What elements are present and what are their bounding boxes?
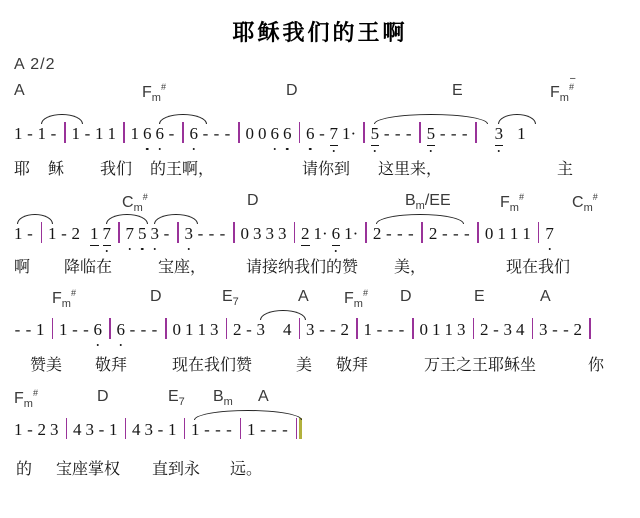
note-token: 3: [145, 419, 154, 441]
note-token: 1: [90, 223, 99, 246]
note-token: 1·: [344, 223, 358, 245]
chord-root: A: [540, 288, 551, 305]
chord-sub: 7: [179, 396, 185, 408]
chord-root: F: [344, 290, 354, 307]
chord-sub: m: [224, 396, 233, 408]
chord-root: E: [474, 288, 485, 305]
chord-over-dash: −: [570, 73, 576, 85]
note-token: 6: [156, 123, 165, 145]
note-token: 1: [247, 419, 256, 441]
final-barline: [296, 418, 303, 444]
barline: [532, 318, 534, 339]
note-token: -: [224, 123, 231, 145]
lyric-segment: 耶: [14, 156, 30, 179]
chord-sub: m: [354, 298, 363, 310]
lyric-segment: 的王啊，: [150, 156, 214, 179]
note-token: 3: [504, 319, 513, 341]
note-token: 3: [50, 419, 59, 441]
lyric-segment: 万王之王耶稣坐: [424, 352, 536, 375]
chord-label: Fm#: [500, 192, 524, 214]
note-token: 3: [210, 319, 219, 341]
chord-label: D: [97, 388, 109, 406]
chord-root: D: [247, 192, 259, 209]
note-token: 1: [14, 223, 23, 245]
note-token: 1: [198, 319, 207, 341]
note-token: 7: [103, 223, 112, 246]
note-token: -: [197, 223, 204, 245]
note-token: -: [215, 419, 222, 441]
note-token: 1·: [342, 123, 356, 145]
note-token: -: [383, 123, 390, 145]
barline: [233, 222, 235, 243]
note-token: 3: [539, 319, 548, 341]
lyric-segment: 现在我们赞: [172, 352, 252, 375]
chord-root: D: [150, 288, 162, 305]
note-token: 0: [241, 223, 250, 245]
lyric-segment: 直到永: [152, 456, 200, 479]
note-token: 3: [306, 319, 315, 341]
chord-label: E7: [222, 288, 239, 308]
chord-sharp: #: [33, 388, 38, 398]
note-token: 2: [72, 223, 81, 245]
chord-sub: m: [584, 202, 593, 214]
note-token: 4: [73, 419, 82, 441]
note-token: 6: [306, 123, 315, 145]
barline: [294, 222, 296, 243]
chord-root: F: [52, 290, 62, 307]
notes-line: 1-1-1-11166-6---00666-71·5---5---31: [14, 122, 530, 148]
lyric-segment: 敬拜: [95, 352, 127, 375]
note-token: 1·: [314, 223, 328, 245]
barline: [123, 122, 125, 143]
barline: [182, 122, 184, 143]
barline: [66, 418, 68, 439]
note-token: -: [563, 319, 570, 341]
note-token: 2: [341, 319, 350, 341]
note-token: 2: [233, 319, 242, 341]
chord-root: B: [405, 192, 416, 209]
note-token: -: [163, 223, 170, 245]
chord-row: Fm#DE7BmA: [0, 388, 640, 412]
note-token: 1: [168, 419, 177, 441]
barline: [477, 222, 479, 243]
note-token: 1: [59, 319, 68, 341]
notes-line: --11--66---01132-343--21---01132-343--2: [14, 318, 597, 344]
note-token: -: [84, 123, 91, 145]
chord-root: E: [168, 388, 179, 405]
lyric-row: 的宝座掌权直到永远。: [0, 456, 640, 480]
note-token: 0: [258, 123, 267, 145]
barline: [118, 222, 120, 243]
note-token: -: [319, 123, 326, 145]
chord-label: D: [400, 288, 412, 306]
note-token: -: [398, 319, 405, 341]
chord-label: Fm#: [344, 288, 368, 310]
chord-sub: m: [134, 202, 143, 214]
chord-sub: m: [24, 398, 33, 410]
barline: [184, 418, 186, 439]
barline: [64, 122, 66, 143]
lyric-row: 耶稣我们的王啊，请你到这里来，主: [0, 156, 640, 180]
key-and-meter: A 2/2: [14, 56, 55, 74]
note-token: 5: [427, 123, 436, 146]
note-token: 7: [126, 223, 135, 245]
note-token: -: [394, 123, 401, 145]
chord-label: E7: [168, 388, 185, 408]
note-token: 4: [283, 319, 292, 341]
barline: [299, 122, 301, 143]
note-token: 2: [480, 319, 489, 341]
note-token: -: [463, 223, 470, 245]
note-token: -: [260, 419, 267, 441]
note-token: 1: [131, 123, 140, 145]
note-token: 6: [94, 319, 103, 341]
barline: [238, 122, 240, 143]
note-token: -: [204, 419, 211, 441]
note-token: 6: [283, 123, 292, 145]
chord-label: Fm#: [52, 288, 76, 310]
note-token: 6: [271, 123, 280, 145]
note-token: 1: [72, 123, 81, 145]
chord-label: A: [540, 288, 551, 306]
note-token: -: [441, 223, 448, 245]
note-token: -: [83, 319, 90, 341]
note-token: -: [407, 223, 414, 245]
barline: [473, 318, 475, 339]
lyric-segment: 你: [588, 352, 604, 375]
chord-row: Cm#DBm/EEFm#Cm#: [0, 192, 640, 216]
lyric-segment: 我们: [100, 156, 132, 179]
note-token: 2: [373, 223, 382, 245]
barline: [41, 222, 43, 243]
note-token: -: [140, 319, 147, 341]
note-token: -: [151, 319, 158, 341]
chord-root: B: [213, 388, 224, 405]
barline: [240, 418, 242, 439]
chord-label: E: [452, 82, 463, 100]
note-token: 0: [420, 319, 429, 341]
chord-root: C: [122, 194, 134, 211]
chord-sharp: #: [363, 288, 368, 298]
lyric-segment: 宝座，: [158, 254, 206, 277]
chord-label: Bm/EE: [405, 192, 451, 212]
note-token: 0: [485, 223, 494, 245]
note-token: 1: [14, 123, 23, 145]
lyric-segment: 美: [296, 352, 312, 375]
note-token: -: [246, 319, 253, 341]
barline: [538, 222, 540, 243]
note-token: -: [319, 319, 326, 341]
lyric-segment: 宝座掌权: [56, 456, 120, 479]
chord-label: Bm: [213, 388, 233, 408]
chord-sub: m: [560, 92, 569, 104]
note-token: 5: [138, 223, 147, 245]
chord-sharp: #: [71, 288, 76, 298]
note-token: 1: [445, 319, 454, 341]
chord-label: A: [14, 82, 25, 100]
barline: [421, 222, 423, 243]
final-barline-thick: [299, 418, 302, 439]
chord-sharp: #: [143, 192, 148, 202]
note-token: -: [271, 419, 278, 441]
note-token: -: [219, 223, 226, 245]
chord-sharp: #: [593, 192, 598, 202]
note-token: 1: [95, 123, 104, 145]
note-token: -: [552, 319, 559, 341]
barline: [52, 318, 54, 339]
chord-label: Fm#: [142, 82, 166, 104]
note-token: 2: [574, 319, 583, 341]
note-token: 1: [364, 319, 373, 341]
note-token: -: [213, 123, 220, 145]
lyric-segment: 主: [557, 156, 573, 179]
chord-sub: m: [510, 202, 519, 214]
note-token: 2: [38, 419, 47, 441]
chord-label: A: [298, 288, 309, 306]
chord-label: Fm#−: [550, 82, 574, 104]
barline: [226, 318, 228, 339]
note-token: 1: [522, 223, 531, 245]
note-token: 3: [457, 319, 466, 341]
note-token: 3: [495, 123, 504, 146]
note-token: 2: [301, 223, 310, 246]
note-token: 6: [143, 123, 152, 145]
lyric-segment: 这里来，: [378, 156, 442, 179]
chord-root: F: [500, 194, 510, 211]
chord-root: A: [14, 82, 25, 99]
note-token: 4: [516, 319, 525, 341]
note-token: 1: [510, 223, 519, 245]
note-token: -: [27, 123, 34, 145]
note-token: -: [452, 223, 459, 245]
note-token: 3: [151, 223, 160, 245]
chord-sub: m: [62, 298, 71, 310]
lyric-segment: 稣: [48, 156, 64, 179]
note-token: -: [129, 319, 136, 341]
note-token: 1: [14, 419, 23, 441]
chord-sharp: #: [519, 192, 524, 202]
note-token: 1: [191, 419, 200, 441]
notes-line: 1-2343-143-11---1---: [14, 418, 302, 444]
song-title: 耶稣我们的王啊: [0, 16, 640, 47]
note-token: -: [72, 319, 79, 341]
note-token: 5: [371, 123, 380, 146]
note-token: -: [387, 319, 394, 341]
final-barline-thin: [296, 418, 298, 439]
note-token: 3: [253, 223, 262, 245]
note-token: -: [14, 319, 21, 341]
chord-root: C: [572, 194, 584, 211]
barline: [475, 122, 477, 143]
barline: [165, 318, 167, 339]
chord-root: A: [298, 288, 309, 305]
chord-root: F: [550, 84, 560, 101]
lyric-segment: 啊: [14, 254, 30, 277]
barline: [299, 318, 301, 339]
chord-sub: 7: [233, 296, 239, 308]
chord-root: A: [258, 388, 269, 405]
note-token: 0: [173, 319, 182, 341]
note-token: 1: [48, 223, 57, 245]
note-token: -: [157, 419, 164, 441]
barline: [412, 318, 414, 339]
chord-sub: m: [416, 200, 425, 212]
lyric-row: 啊降临在宝座，请接纳我们的赞美，现在我们: [0, 254, 640, 278]
lyric-segment: 请接纳我们的赞: [246, 254, 358, 277]
note-token: 0: [246, 123, 255, 145]
chord-row: Fm#DE7AFm#DEA: [0, 288, 640, 312]
barline: [177, 222, 179, 243]
note-token: 6: [332, 223, 341, 246]
note-token: -: [168, 123, 175, 145]
chord-root: D: [97, 388, 109, 405]
note-token: 1: [185, 319, 194, 341]
lyric-segment: 远。: [230, 456, 262, 479]
note-token: 2: [429, 223, 438, 245]
chord-bass: /EE: [425, 192, 451, 209]
note-token: 1: [109, 419, 118, 441]
barline: [109, 318, 111, 339]
note-token: -: [493, 319, 500, 341]
chord-root: F: [142, 84, 152, 101]
barline: [589, 318, 591, 339]
note-token: -: [61, 223, 68, 245]
note-token: 7: [330, 123, 339, 146]
note-token: -: [461, 123, 468, 145]
lyric-row: 赞美敬拜现在我们赞美敬拜万王之王耶稣坐你: [0, 352, 640, 376]
barline: [363, 122, 365, 143]
note-token: 1: [38, 123, 47, 145]
lyric-segment: 现在我们: [506, 254, 570, 277]
note-token: -: [226, 419, 233, 441]
note-token: -: [208, 223, 215, 245]
note-token: 1: [432, 319, 441, 341]
chord-root: F: [14, 390, 24, 407]
barline: [125, 418, 127, 439]
note-token: 7: [545, 223, 554, 245]
lyric-segment: 美，: [394, 254, 426, 277]
note-token: -: [282, 419, 289, 441]
chord-sharp: #: [161, 82, 166, 92]
note-token: 3: [185, 223, 194, 245]
note-token: -: [376, 319, 383, 341]
chord-label: E: [474, 288, 485, 306]
lyric-segment: 降临在: [64, 254, 112, 277]
note-token: -: [439, 123, 446, 145]
barline: [419, 122, 421, 143]
lyric-segment: 的: [16, 456, 32, 479]
note-token: 1: [497, 223, 506, 245]
note-token: 3: [278, 223, 287, 245]
note-token: 1: [36, 319, 45, 341]
note-token: 6: [117, 319, 126, 341]
note-token: 4: [132, 419, 141, 441]
chord-label: D: [286, 82, 298, 100]
chord-row: AFm#DEFm#−: [0, 82, 640, 106]
note-token: -: [330, 319, 337, 341]
chord-label: Fm#: [14, 388, 38, 410]
note-token: 1: [108, 123, 117, 145]
note-token: -: [405, 123, 412, 145]
chord-label: D: [150, 288, 162, 306]
note-token: -: [202, 123, 209, 145]
lyric-segment: 请你到: [302, 156, 350, 179]
note-token: -: [27, 223, 34, 245]
note-token: -: [27, 419, 34, 441]
note-token: 3: [257, 319, 266, 341]
note-token: -: [98, 419, 105, 441]
note-token: 6: [190, 123, 199, 145]
note-token: -: [50, 123, 57, 145]
note-token: -: [25, 319, 32, 341]
barline: [365, 222, 367, 243]
note-token: -: [396, 223, 403, 245]
barline: [356, 318, 358, 339]
sheet-music-page: 耶稣我们的王啊 A 2/2 AFm#DEFm#−1-1-1-11166-6---…: [0, 0, 640, 518]
lyric-segment: 赞美: [30, 352, 62, 375]
chord-label: Cm#: [572, 192, 598, 214]
chord-sub: m: [152, 92, 161, 104]
chord-label: D: [247, 192, 259, 210]
note-token: -: [450, 123, 457, 145]
chord-label: Cm#: [122, 192, 148, 214]
chord-label: A: [258, 388, 269, 406]
note-token: 1: [517, 123, 526, 145]
notes-line: 1-1-217753-3---033321·61·2---2---01117: [14, 222, 558, 248]
chord-root: E: [452, 82, 463, 99]
note-token: 3: [266, 223, 275, 245]
note-token: -: [385, 223, 392, 245]
chord-root: E: [222, 288, 233, 305]
note-token: 3: [86, 419, 95, 441]
lyric-segment: 敬拜: [336, 352, 368, 375]
chord-root: D: [400, 288, 412, 305]
chord-root: D: [286, 82, 298, 99]
